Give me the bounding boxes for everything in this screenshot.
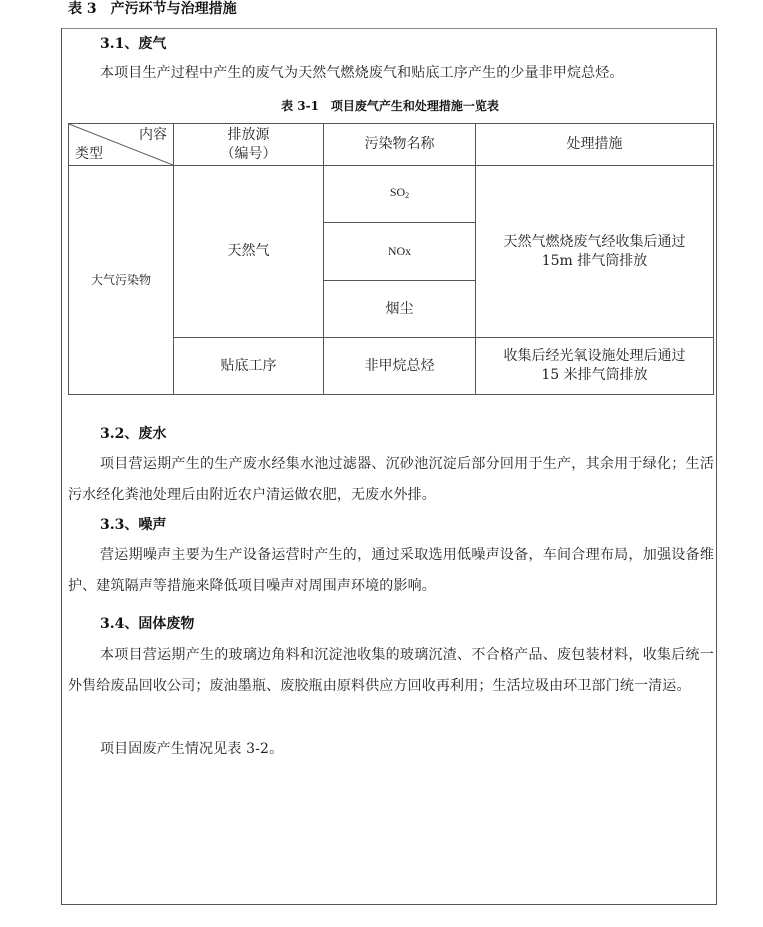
paragraph-wastewater: 项目营运期产生的生产废水经集水池过滤器、沉砂池沉淀后部分回用于生产，其余用于绿化… [68,449,714,510]
measure-bottom-attaching-line2: 15 米排气筒排放 [480,366,709,385]
table-row: 大气污染物 天然气 SO2 天然气燃烧废气经收集后通过 15m 排气筒排放 [69,166,714,223]
table-header-row: 内容 类型 排放源 （编号） 污染物名称 处理措施 [69,124,714,166]
header-source-line2: （编号） [178,145,319,164]
header-treatment-measure: 处理措施 [476,124,714,166]
pollutant-so2-subscript: 2 [405,191,409,200]
header-source-line1: 排放源 [178,126,319,145]
measure-cell-bottom-attaching: 收集后经光氧设施处理后通过 15 米排气筒排放 [476,338,714,395]
pollutant-cell-nmhc: 非甲烷总烃 [324,338,476,395]
paragraph-solid-waste: 本项目营运期产生的玻璃边角料和沉淀池收集的玻璃沉渣、不合格产品、废包装材料，收集… [68,640,714,701]
pollutant-so2-base: SO [390,185,405,199]
table-caption-title: 项目废气产生和处理措施一览表 [331,99,499,113]
section-title-wastewater: 3.2、废水 [100,424,166,444]
paragraph-solid-waste-reference: 项目固废产生情况见表 3-2。 [68,734,714,765]
measure-cell-natural-gas: 天然气燃烧废气经收集后通过 15m 排气筒排放 [476,166,714,338]
document-heading: 表 3产污环节与治理措施 [68,0,237,18]
measure-natural-gas-line1: 天然气燃烧废气经收集后通过 [480,233,709,252]
header-type-label: 类型 [75,145,103,164]
category-cell: 大气污染物 [69,166,174,395]
section-title-solid-waste: 3.4、固体废物 [100,614,194,634]
section-title-exhaust-gas: 3.1、废气 [100,34,166,54]
heading-number: 表 3 [68,1,97,17]
pollutant-cell-nox: NOx [324,223,476,281]
header-emission-source: 排放源 （编号） [174,124,324,166]
table-caption: 表 3-1项目废气产生和处理措施一览表 [68,98,712,114]
diagonal-header-cell: 内容 类型 [69,124,174,166]
pollutant-cell-smoke-dust: 烟尘 [324,281,476,338]
pollutant-cell-so2: SO2 [324,166,476,223]
source-cell-natural-gas: 天然气 [174,166,324,338]
measure-bottom-attaching-line1: 收集后经光氧设施处理后通过 [480,347,709,366]
header-pollutant-name: 污染物名称 [324,124,476,166]
emissions-table: 内容 类型 排放源 （编号） 污染物名称 处理措施 大气污染物 天然气 SO2 … [68,123,714,395]
table-caption-number: 表 3-1 [281,99,319,113]
heading-title: 产污环节与治理措施 [111,1,237,17]
paragraph-exhaust-gas: 本项目生产过程中产生的废气为天然气燃烧废气和贴底工序产生的少量非甲烷总烃。 [68,58,714,89]
header-content-label: 内容 [139,126,167,145]
source-cell-bottom-attaching: 贴底工序 [174,338,324,395]
section-title-noise: 3.3、噪声 [100,515,166,535]
paragraph-noise: 营运期噪声主要为生产设备运营时产生的，通过采取选用低噪声设备，车间合理布局，加强… [68,540,714,601]
measure-natural-gas-line2: 15m 排气筒排放 [480,252,709,271]
